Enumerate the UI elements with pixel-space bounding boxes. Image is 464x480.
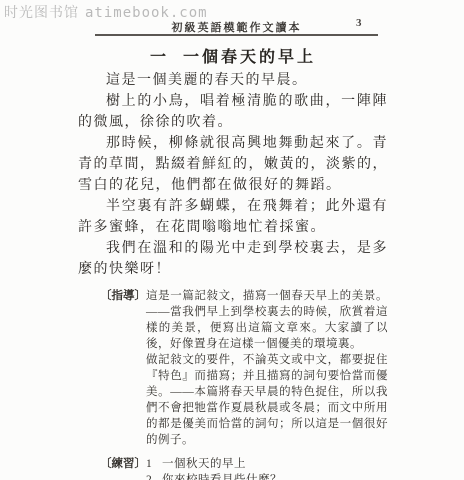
lesson-title-text: 一個春天的早上 bbox=[183, 49, 316, 66]
lesson-number: 一 bbox=[150, 49, 169, 66]
scanned-book-page: 时光图书馆atimebook.com 初級英語模範作文讀本 3 一一個春天的早上… bbox=[0, 0, 464, 480]
exercise-item-text: 你來校時看見些什麼？ bbox=[162, 472, 282, 480]
header-rule bbox=[95, 34, 378, 36]
watermark-site-name: 时光图书馆 bbox=[4, 5, 79, 21]
guidance-label: 〔指導〕 bbox=[100, 288, 146, 448]
exercise-body: 1 一個秋天的早上 2 你來校時看見些什麼？ bbox=[146, 456, 388, 480]
page-content: 一一個春天的早上 這是一個美麗的春天的早晨。 樹上的小鳥，唱着極清脆的歌曲，一陣… bbox=[78, 44, 388, 480]
essay-paragraph: 我們在溫和的陽光中走到學校裏去，是多麼的快樂呀！ bbox=[78, 238, 388, 280]
guidance-paragraph: 這是一篇記敍文，描寫一個春天早上的美景。——當我們早上到學校裏去的時候，欣賞着這… bbox=[146, 288, 388, 352]
exercise-item-number: 2 bbox=[146, 472, 162, 480]
essay-paragraph: 樹上的小鳥，唱着極清脆的歌曲，一陣陣的微風，徐徐的吹着。 bbox=[78, 91, 388, 133]
exercise-item-text: 一個秋天的早上 bbox=[162, 456, 246, 472]
guidance-section: 〔指導〕 這是一篇記敍文，描寫一個春天早上的美景。——當我們早上到學校裏去的時候… bbox=[78, 288, 388, 448]
essay-paragraph: 半空裏有許多蝴蝶，在飛舞着；此外還有許多蜜蜂，在花間嗡嗡地忙着採蜜。 bbox=[78, 196, 388, 238]
essay-paragraph: 那時候，柳條就很高興地舞動起來了。青青的草間，點綴着鮮紅的，嫩黃的，淡紫的，雪白… bbox=[78, 133, 388, 196]
running-head-book-title: 初級英語模範作文讀本 bbox=[95, 19, 378, 35]
guidance-body: 這是一篇記敍文，描寫一個春天早上的美景。——當我們早上到學校裏去的時候，欣賞着這… bbox=[146, 288, 388, 448]
exercise-section: 〔練習〕 1 一個秋天的早上 2 你來校時看見些什麼？ bbox=[78, 456, 388, 480]
essay-body: 這是一個美麗的春天的早晨。 樹上的小鳥，唱着極清脆的歌曲，一陣陣的微風，徐徐的吹… bbox=[78, 70, 388, 280]
lesson-title: 一一個春天的早上 bbox=[78, 44, 388, 67]
exercise-item-number: 1 bbox=[146, 456, 162, 472]
exercise-item: 1 一個秋天的早上 bbox=[146, 456, 388, 472]
exercise-label: 〔練習〕 bbox=[100, 456, 146, 480]
guidance-paragraph: 做記敍文的要件，不論英文或中文，都要捉住『特色』而描寫；并且描寫的詞句要恰當而優… bbox=[146, 352, 388, 448]
essay-paragraph: 這是一個美麗的春天的早晨。 bbox=[78, 70, 388, 91]
exercise-item: 2 你來校時看見些什麼？ bbox=[146, 472, 388, 480]
page-number: 3 bbox=[356, 17, 362, 29]
